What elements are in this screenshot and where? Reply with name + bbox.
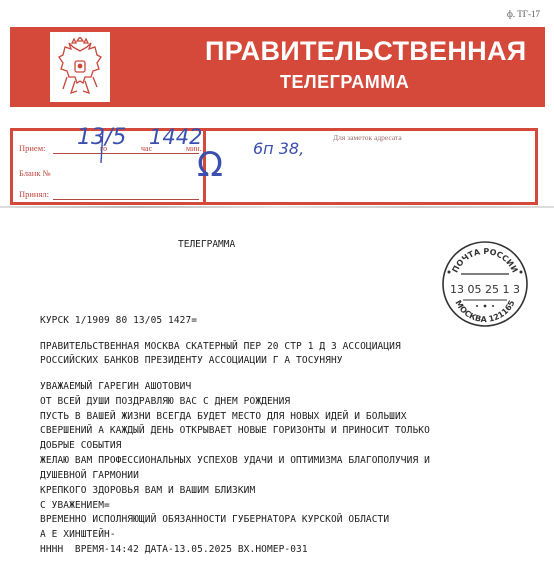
body-line: ДОБРЫЕ СОБЫТИЯ [40,440,121,451]
handwritten-initial: Ω [197,145,223,185]
reception-form: Прием: го час мин. Бланк № Принял: 13/5 … [10,128,538,205]
service-line: КУРСК 1/1909 80 13/05 1427= [40,315,197,326]
paper-edge [0,206,554,208]
reception-details: Прием: го час мин. Бланк № Принял: 13/5 … [13,131,206,202]
telegram-heading: ТЕЛЕГРАММА [178,239,235,250]
accepted-line [53,199,199,200]
footer-line: НННН ВРЕМЯ-14:42 ДАТА-13.05.2025 ВХ.НОМЕ… [40,544,308,555]
stamp-date: 13 05 25 1 3 [450,283,520,296]
handwritten-time: 1442 [149,125,202,149]
received-line [53,153,199,154]
body-line: ОТ ВСЕЙ ДУШИ ПОЗДРАВЛЯЮ ВАС С ДНЕМ РОЖДЕ… [40,396,290,407]
emblem-box [50,32,110,102]
body-line: ДУШЕВНОЙ ГАРМОНИИ [40,470,139,481]
body-line: УВАЖАЕМЫЙ ГАРЕГИН АШОТОВИЧ [40,381,191,392]
body-line: СВЕРШЕНИЙ А КАЖДЫЙ ДЕНЬ ОТКРЫВАЕТ НОВЫЕ … [40,425,430,436]
address-line: РОССИЙСКИХ БАНКОВ ПРЕЗИДЕНТУ АССОЦИАЦИИ … [40,355,343,366]
accepted-label: Принял: [19,189,49,199]
body-line: КРЕПКОГО ЗДОРОВЬЯ ВАМ И ВАШИМ БЛИЗКИМ [40,485,255,496]
signature-line: А Е ХИНШТЕЙН- [40,529,116,540]
received-label: Прием: [19,143,45,153]
header-subtitle: ТЕЛЕГРАММА [280,72,409,93]
postal-stamp: ПОЧТА РОССИИ 13 05 25 1 3 МОСКВА 121165 [439,238,531,330]
postmark-icon: ПОЧТА РОССИИ 13 05 25 1 3 МОСКВА 121165 [439,238,531,330]
stamp-top-text: ПОЧТА РОССИИ [451,247,520,274]
notes-label: Для заметок адресата [333,133,402,142]
address-line: ПРАВИТЕЛЬСТВЕННАЯ МОСКВА СКАТЕРНЫЙ ПЕР 2… [40,341,401,352]
body-line: ВРЕМЕННО ИСПОЛНЯЮЩИЙ ОБЯЗАННОСТИ ГУБЕРНА… [40,514,389,525]
russian-coat-of-arms-icon [55,37,105,97]
handwritten-note: 6п 38, [253,139,304,158]
body-line: ЖЕЛАЮ ВАМ ПРОФЕССИОНАЛЬНЫХ УСПЕХОВ УДАЧИ… [40,455,430,466]
body-line: ПУСТЬ В ВАШЕЙ ЖИЗНИ ВСЕГДА БУДЕТ МЕСТО Д… [40,411,407,422]
svg-text:ПОЧТА РОССИИ: ПОЧТА РОССИИ [451,247,520,274]
handwritten-stroke [99,129,105,163]
form-code: ф. ТГ-17 [507,9,540,19]
body-line: С УВАЖЕНИЕМ= [40,500,110,511]
header-title: ПРАВИТЕЛЬСТВЕННАЯ [205,36,526,67]
blank-number-label: Бланк № [19,168,51,178]
header-band: ПРАВИТЕЛЬСТВЕННАЯ ТЕЛЕГРАММА [10,27,545,107]
